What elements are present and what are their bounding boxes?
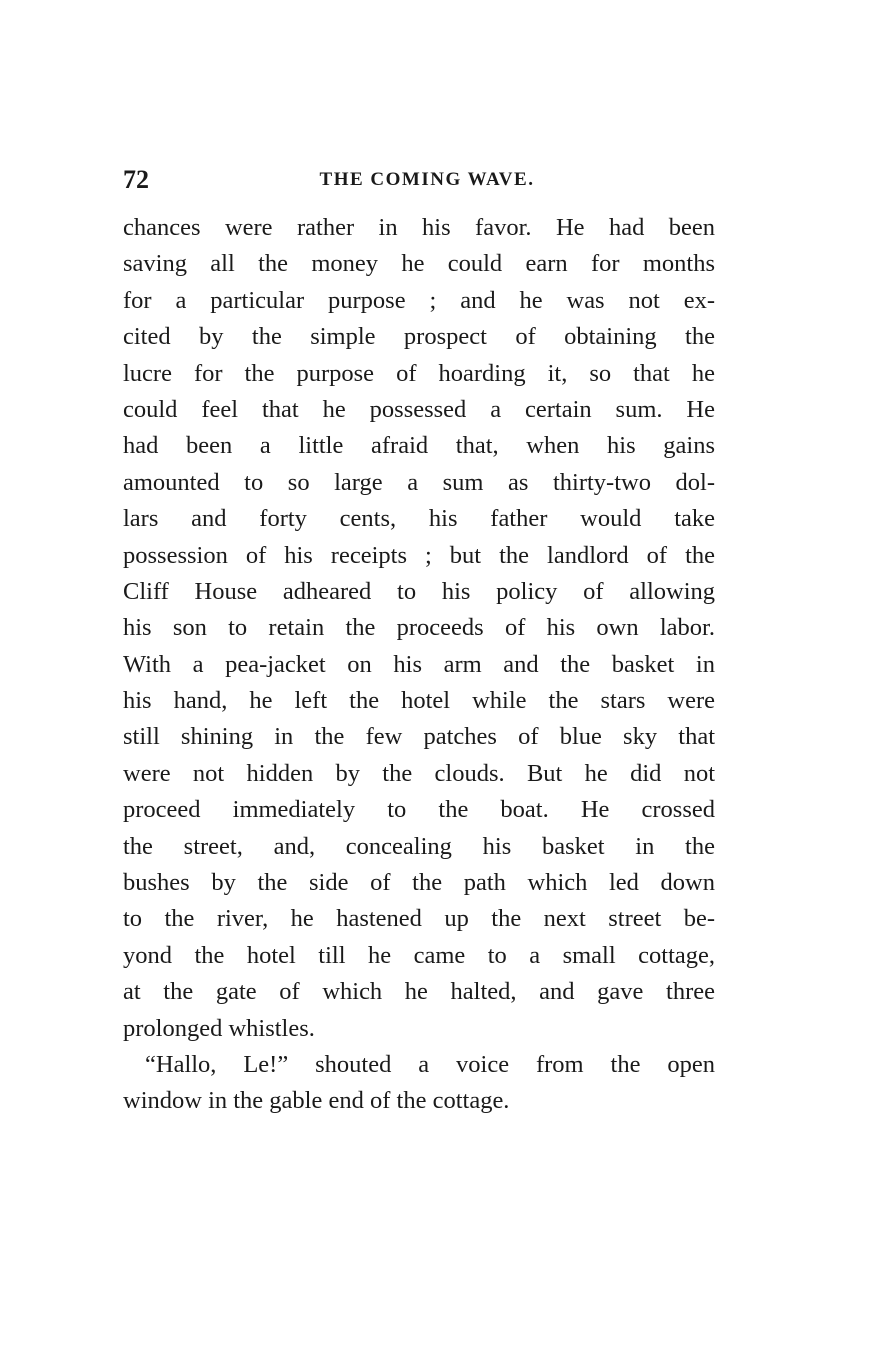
text-line: his hand, he left the hotel while the st… xyxy=(123,683,715,719)
text-line: had been a little afraid that, when his … xyxy=(123,428,715,464)
text-line: proceed immediately to the boat. He cros… xyxy=(123,792,715,828)
text-line: possession of his receipts ; but the lan… xyxy=(123,538,715,574)
book-page: 72 THE COMING WAVE. chances were rather … xyxy=(0,0,883,1360)
text-line: With a pea-jacket on his arm and the bas… xyxy=(123,647,715,683)
text-line: for a particular purpose ; and he was no… xyxy=(123,283,715,319)
text-line: lars and forty cents, his father would t… xyxy=(123,501,715,537)
text-line: yond the hotel till he came to a small c… xyxy=(123,938,715,974)
text-line: Cliff House adheared to his policy of al… xyxy=(123,574,715,610)
text-line: chances were rather in his favor. He had… xyxy=(123,210,715,246)
text-line: “Hallo, Le!” shouted a voice from the op… xyxy=(123,1047,715,1083)
running-title: THE COMING WAVE. xyxy=(123,162,715,198)
text-line: his son to retain the proceeds of his ow… xyxy=(123,610,715,646)
text-line: could feel that he possessed a certain s… xyxy=(123,392,715,428)
text-line: to the river, he hastened up the next st… xyxy=(123,901,715,937)
body-text: chances were rather in his favor. He had… xyxy=(123,210,715,1120)
page-header: 72 THE COMING WAVE. xyxy=(123,162,715,198)
text-line: window in the gable end of the cottage. xyxy=(123,1083,715,1119)
text-line: were not hidden by the clouds. But he di… xyxy=(123,756,715,792)
text-line: saving all the money he could earn for m… xyxy=(123,246,715,282)
text-line: bushes by the side of the path which led… xyxy=(123,865,715,901)
text-line: still shining in the few patches of blue… xyxy=(123,719,715,755)
text-line: lucre for the purpose of hoarding it, so… xyxy=(123,356,715,392)
text-line: prolonged whistles. xyxy=(123,1011,715,1047)
text-line: amounted to so large a sum as thirty-two… xyxy=(123,465,715,501)
text-line: cited by the simple prospect of obtainin… xyxy=(123,319,715,355)
text-line: the street, and, concealing his basket i… xyxy=(123,829,715,865)
text-line: at the gate of which he halted, and gave… xyxy=(123,974,715,1010)
